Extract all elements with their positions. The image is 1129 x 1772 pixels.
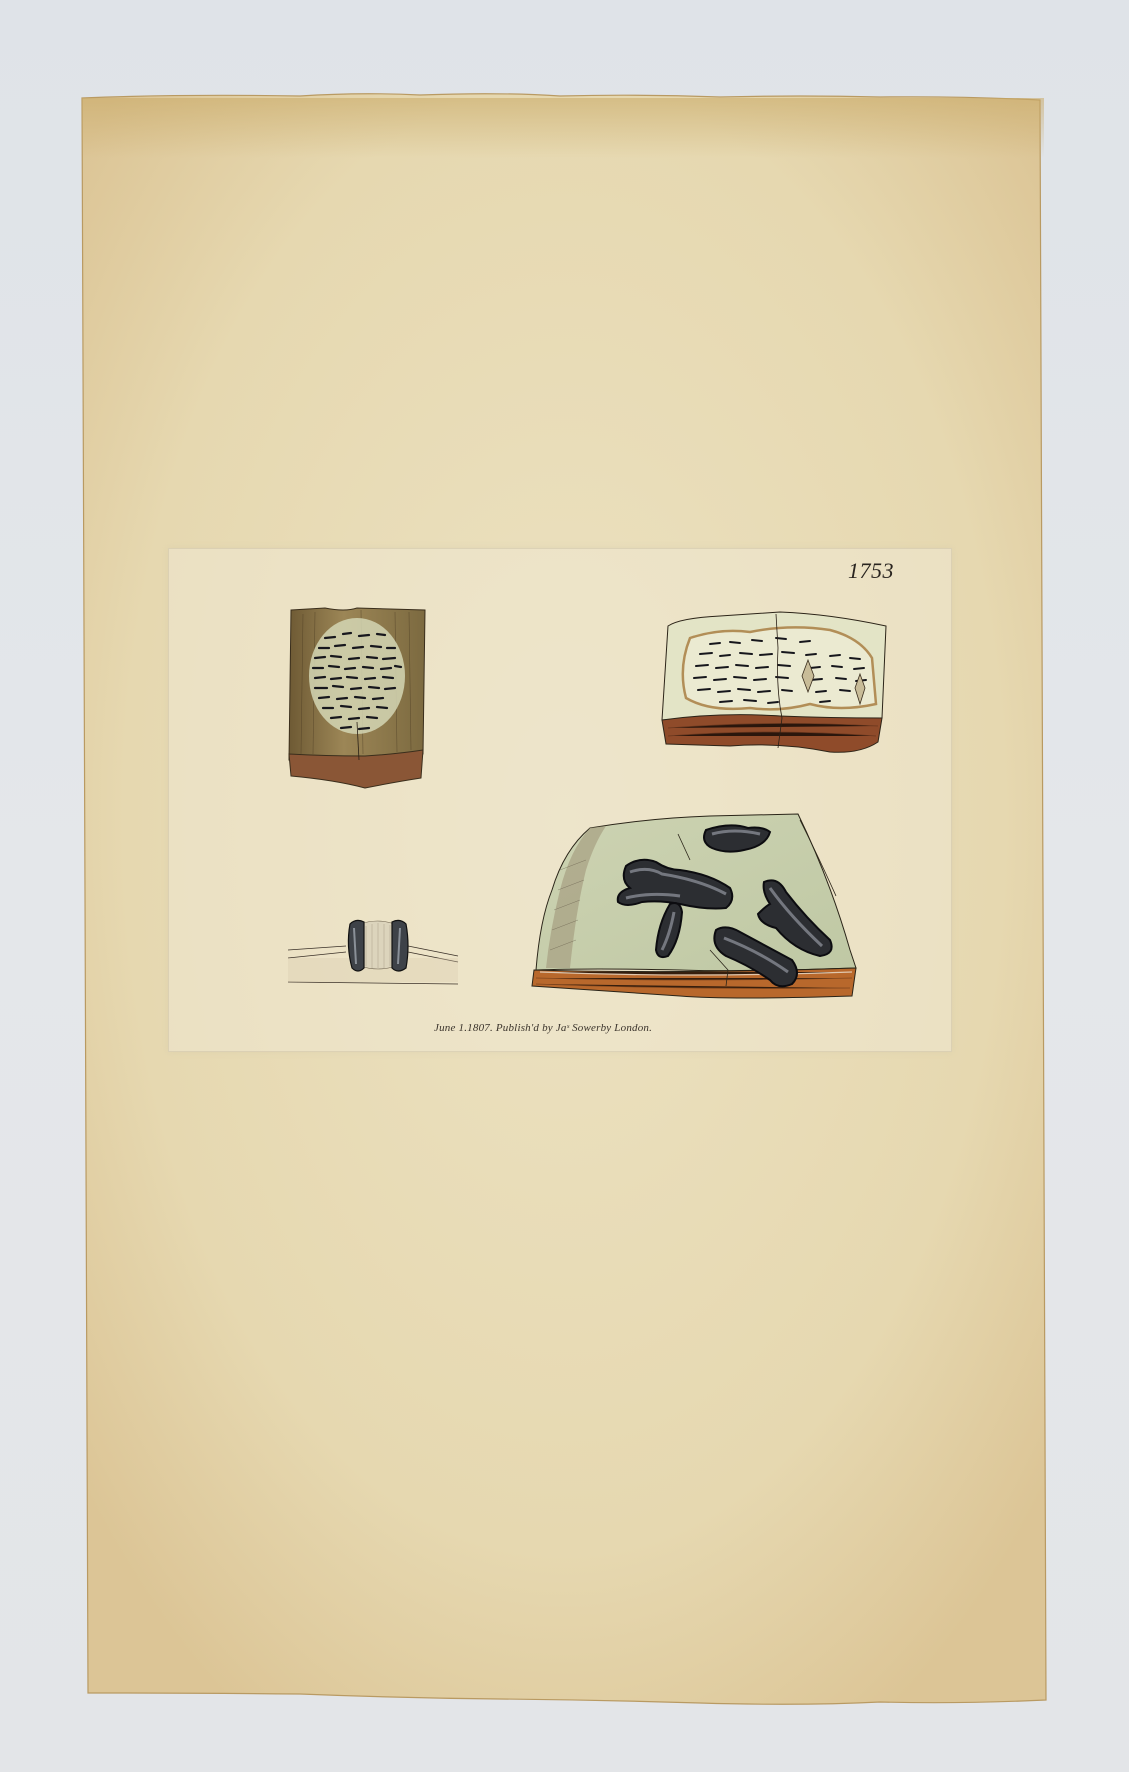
figure-magnified-section [284, 910, 460, 986]
specimen-sheet: ​ 1753 [0, 0, 1129, 1772]
figure-magnified-surface [530, 800, 872, 1010]
figure-bark-fragment-flat [660, 608, 894, 756]
plate-number: 1753 [848, 558, 894, 584]
show-through-heading: ​ [260, 200, 860, 247]
figure-bark-fragment-upright [285, 604, 431, 790]
publisher-imprint: June 1.1807. Publish'd by Jaˢ Sowerby Lo… [434, 1022, 652, 1034]
